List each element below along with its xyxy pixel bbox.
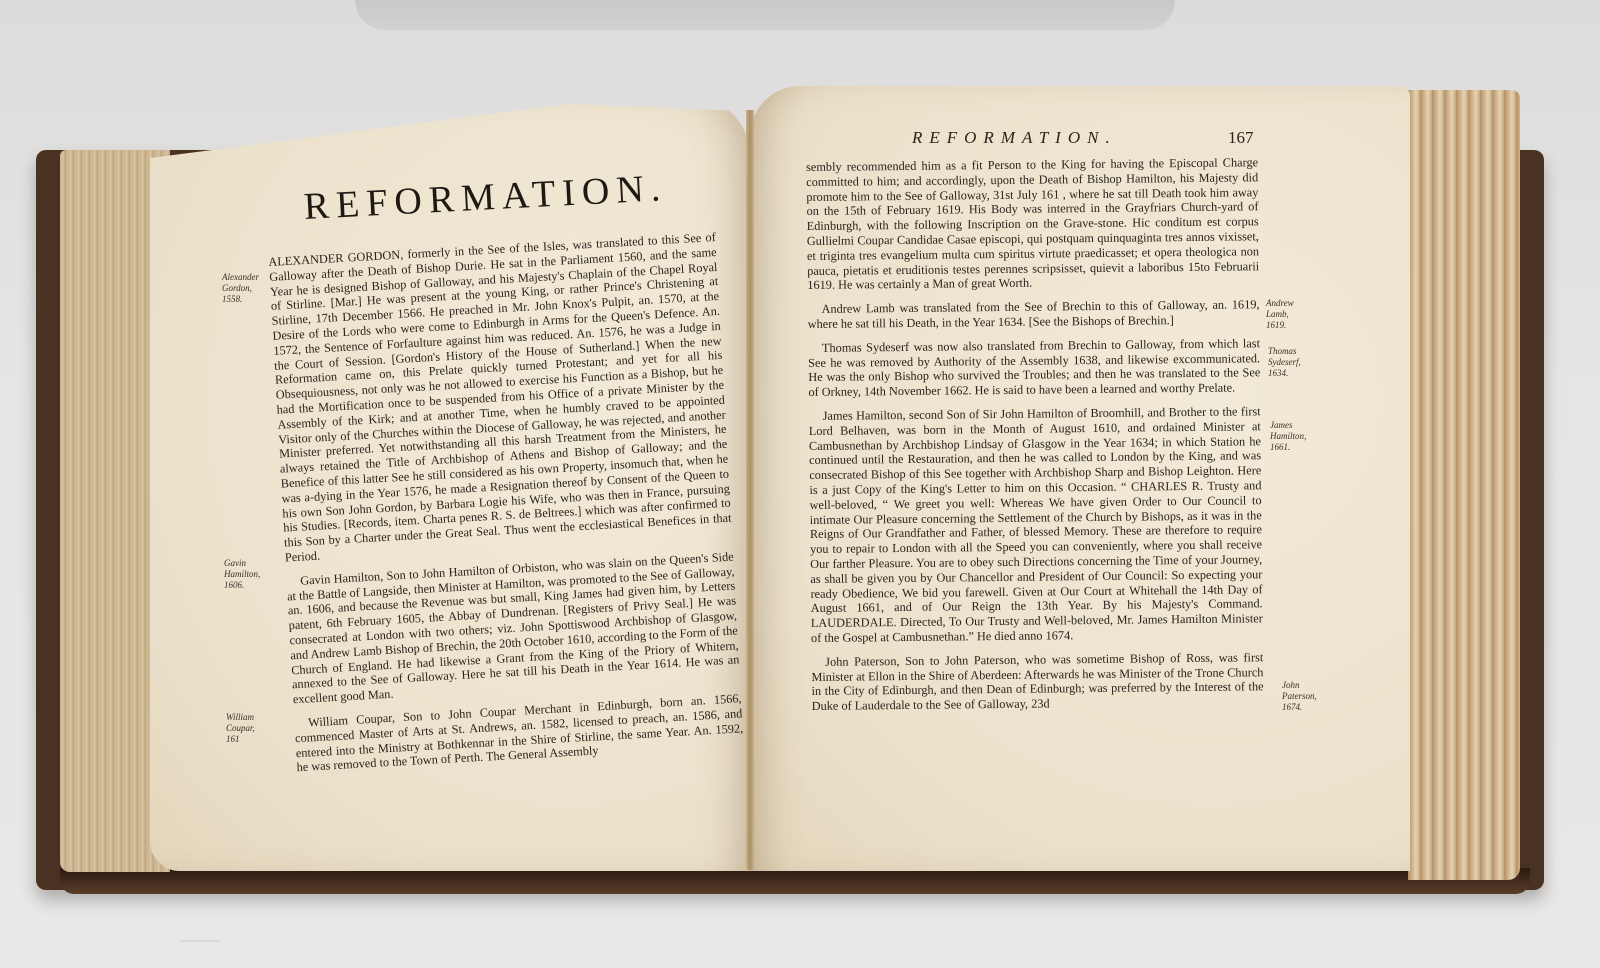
paragraph-john-paterson: John Paterson, Son to John Paterson, who… [811, 650, 1264, 714]
right-page-stack [1408, 90, 1520, 880]
book-cover-bottom-edge [60, 868, 1530, 894]
background-object [355, 0, 1175, 30]
paragraph-james-hamilton: James Hamilton, second Son of Sir John H… [809, 404, 1263, 645]
paragraph-william-coupar: William Coupar, Son to John Coupar Merch… [294, 691, 745, 775]
sidenote-alexander-gordon: Alexander Gordon, 1558. [222, 272, 264, 305]
sidenote-william-coupar: William Coupar, 161 [226, 712, 268, 745]
book-gutter [746, 110, 754, 870]
paragraph-gavin-hamilton: Gavin Hamilton, Son to John Hamilton of … [286, 549, 741, 707]
paragraph-andrew-lamb: Andrew Lamb was translated from the See … [807, 297, 1259, 331]
sidenote-thomas-sydeserf: Thomas Sydeserf, 1634. [1268, 346, 1312, 379]
left-page-text: ALEXANDER GORDON, formerly in the See of… [268, 230, 745, 784]
paragraph-alexander-gordon: ALEXANDER GORDON, formerly in the See of… [268, 230, 733, 565]
paragraph-thomas-sydeserf: Thomas Sydeserf was now also translated … [808, 336, 1261, 400]
sidenote-james-hamilton: James Hamilton, 1661. [1270, 420, 1314, 453]
sidenote-john-paterson: John Paterson, 1674. [1282, 680, 1322, 713]
sidenote-gavin-hamilton: Gavin Hamilton, 1606. [224, 558, 266, 591]
paragraph-coupar-continued: sembly recommended him as a fit Person t… [806, 155, 1259, 293]
right-page-text: sembly recommended him as a fit Person t… [806, 155, 1264, 723]
sidenote-andrew-lamb: Andrew Lamb, 1619. [1266, 298, 1306, 331]
running-head: REFORMATION. [912, 128, 1117, 148]
table-mark [180, 940, 220, 942]
page-number: 167 [1228, 128, 1254, 148]
